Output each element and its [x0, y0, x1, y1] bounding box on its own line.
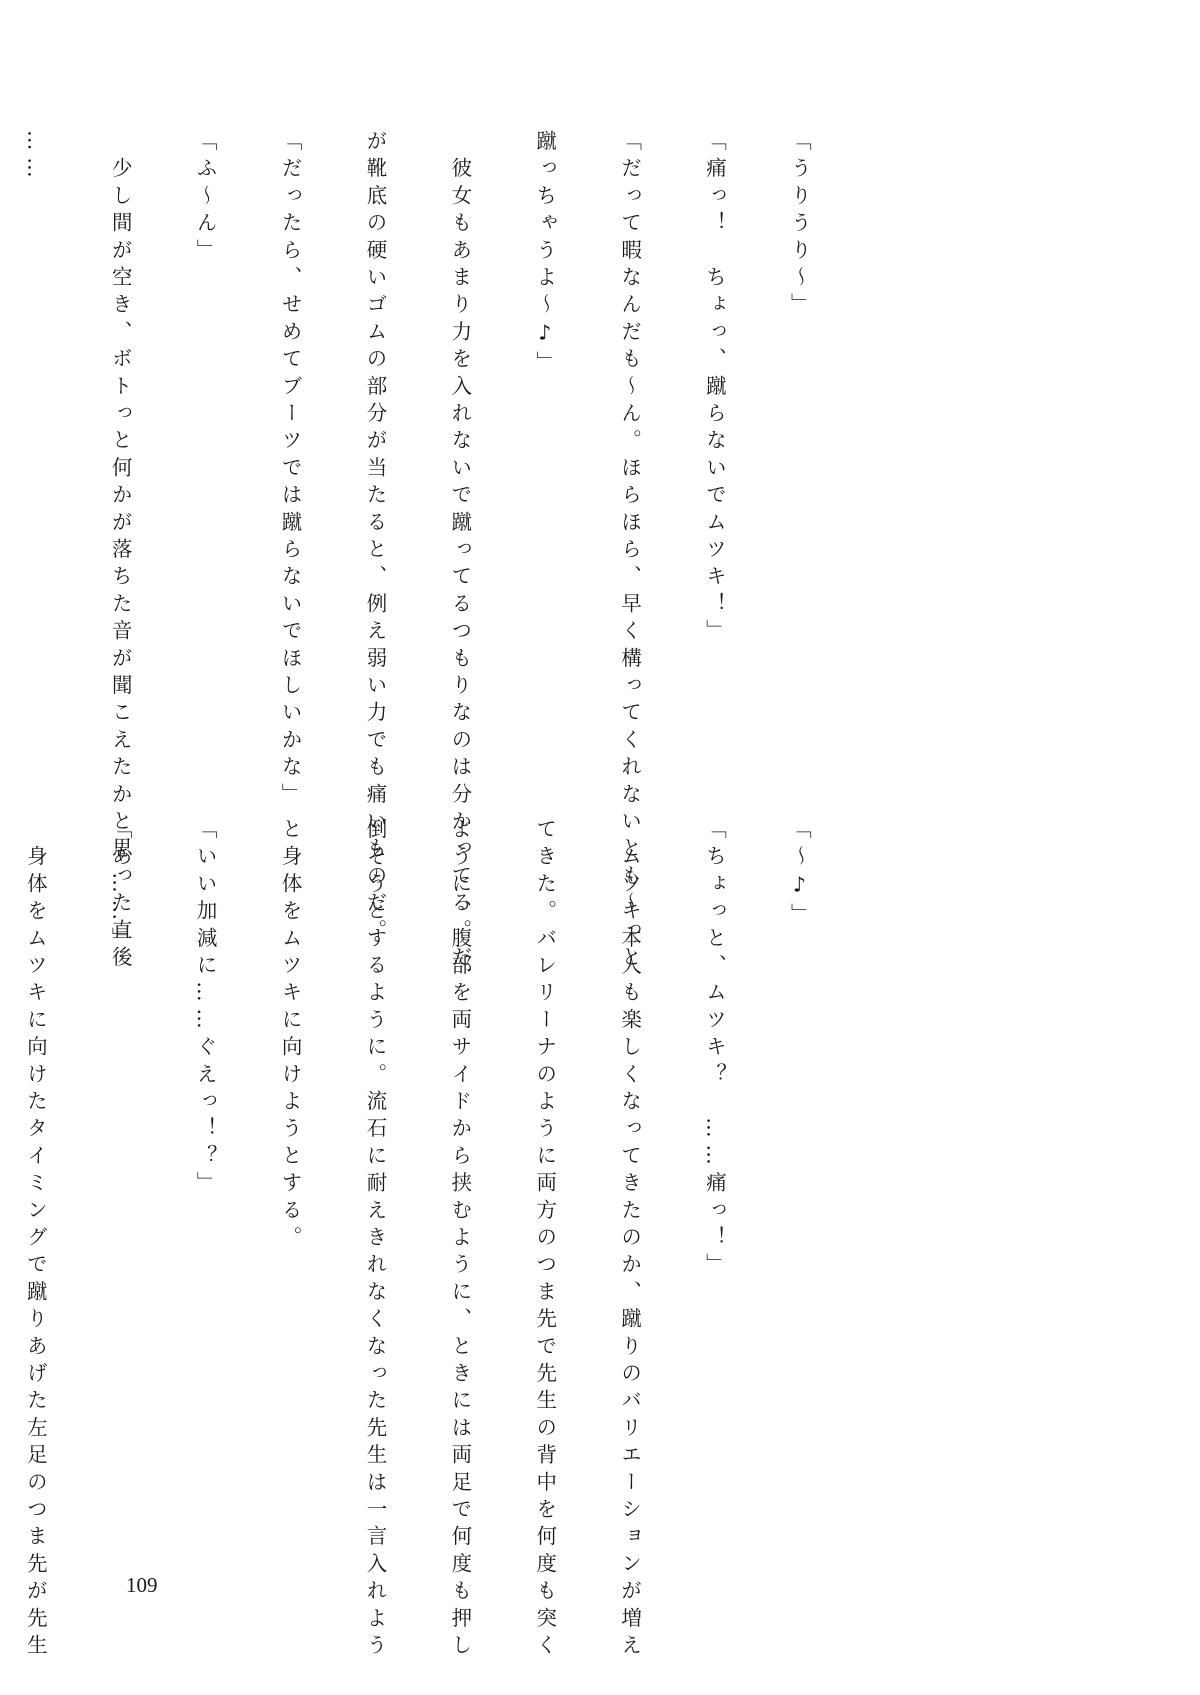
text-line: 倒そうとするように。流石に耐えきれなくなった先生は一言入れよう	[361, 818, 389, 1518]
text-line: ように、腹部を両サイドから挟むように、ときには両足で何度も押し	[446, 818, 474, 1518]
text-line: ……	[21, 130, 49, 810]
text-line: 少し間が空き、ボトっと何かが落ちた音が聞こえたかと思った直後	[106, 130, 134, 810]
page-number: 109	[126, 1573, 158, 1598]
upper-text-block: 「うりうり～」 「痛っ！ ちょっ、蹴らないでムツキ！」 「だって暇なんだも～ん。…	[0, 130, 870, 810]
text-line: 「～♪」	[785, 818, 813, 1518]
text-line: てきた。バレリーナのように両方のつま先で先生の背中を何度も突く	[530, 818, 558, 1518]
text-line: 身体をムツキに向けたタイミングで蹴りあげた左足のつま先が先生	[21, 818, 49, 1518]
text-line: 「ふ～ん」	[191, 130, 219, 810]
text-line: 蹴っちゃうよ～♪」	[530, 130, 558, 810]
text-line: 「うりうり～」	[785, 130, 813, 810]
text-line: が靴底の硬いゴムの部分が当たると、例え弱い力でも痛いものだ。	[361, 130, 389, 810]
text-line: と身体をムツキに向けようとする。	[276, 818, 304, 1518]
text-line: 「だって暇なんだも～ん。ほらほら、早く構ってくれないとも～っと	[615, 130, 643, 810]
text-line: 彼女もあまり力を入れないで蹴ってるつもりなのは分かってる。だ	[446, 130, 474, 810]
text-line: 「ちょっと、ムツキ？ ……痛っ！」	[700, 818, 728, 1518]
text-line: 「いい加減に……ぐえっ！？」	[191, 818, 219, 1518]
text-line: 「痛っ！ ちょっ、蹴らないでムツキ！」	[700, 130, 728, 810]
text-line: 「あ……」	[106, 818, 134, 1518]
text-line: ムツキ本人も楽しくなってきたのか、蹴りのバリエーションが増え	[615, 818, 643, 1518]
text-line: 「だったら、せめてブーツでは蹴らないでほしいかな」	[276, 130, 304, 810]
lower-text-block: 「～♪」 「ちょっと、ムツキ？ ……痛っ！」 ムツキ本人も楽しくなってきたのか、…	[0, 818, 870, 1518]
